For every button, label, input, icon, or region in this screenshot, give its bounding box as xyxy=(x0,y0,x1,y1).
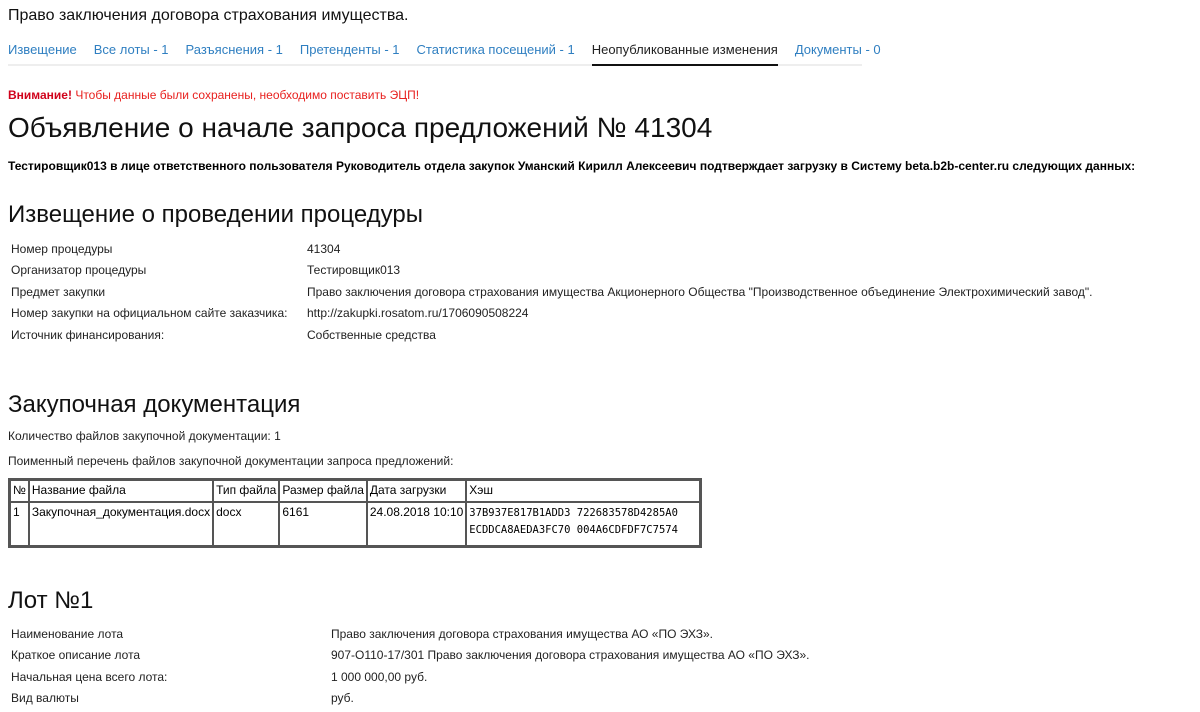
col-file-name: Название файла xyxy=(29,480,213,502)
file-type: docx xyxy=(213,502,279,546)
tab-all-lots[interactable]: Все лоты - 1 xyxy=(94,42,169,64)
detail-value: 41304 xyxy=(304,238,1095,260)
confirmation-text: Тестировщик013 в лице ответственного пол… xyxy=(8,159,1135,173)
lot-row: Наименование лотаПраво заключения догово… xyxy=(8,623,812,645)
lot-section-title: Лот №1 xyxy=(8,587,93,615)
hash-line: 37B937E817B1ADD3 722683578D4285A0 xyxy=(469,505,697,522)
file-number: 1 xyxy=(10,502,29,546)
notice-details: Номер процедуры41304 Организатор процеду… xyxy=(8,238,1095,346)
announcement-heading: Объявление о начале запроса предложений … xyxy=(8,112,712,144)
detail-row: Номер процедуры41304 xyxy=(8,238,1095,260)
file-row: 1 Закупочная_документация.docx docx 6161… xyxy=(10,502,700,546)
tab-notice[interactable]: Извещение xyxy=(8,42,77,64)
detail-label: Источник финансирования: xyxy=(8,324,304,346)
docs-count: Количество файлов закупочной документаци… xyxy=(8,429,281,443)
docs-section-title: Закупочная документация xyxy=(8,391,300,419)
file-size: 6161 xyxy=(279,502,367,546)
warning-label: Внимание! xyxy=(8,88,72,102)
lot-label: Краткое описание лота xyxy=(8,645,328,667)
detail-row: Предмет закупкиПраво заключения договора… xyxy=(8,281,1095,303)
detail-label: Организатор процедуры xyxy=(8,260,304,282)
lot-label: Начальная цена всего лота: xyxy=(8,666,328,688)
hash-line: ECDDCA8AEDA3FC70 004A6CDFDF7C7574 xyxy=(469,522,697,539)
col-file-type: Тип файла xyxy=(213,480,279,502)
lot-label: Вид валюты xyxy=(8,688,328,710)
col-hash: Хэш xyxy=(466,480,700,502)
tab-bar: Извещение Все лоты - 1 Разъяснения - 1 П… xyxy=(8,42,862,66)
detail-label: Номер процедуры xyxy=(8,238,304,260)
lot-details: Наименование лотаПраво заключения догово… xyxy=(8,623,812,709)
lot-value: 907-О110-17/301 Право заключения договор… xyxy=(328,645,812,667)
detail-value: Тестировщик013 xyxy=(304,260,1095,282)
docs-list-caption: Поименный перечень файлов закупочной док… xyxy=(8,454,453,468)
lot-row: Вид валютыруб. xyxy=(8,688,812,710)
lot-value: Право заключения договора страхования им… xyxy=(328,623,812,645)
signature-warning: Внимание! Чтобы данные были сохранены, н… xyxy=(8,88,419,102)
detail-value: Собственные средства xyxy=(304,324,1095,346)
detail-value: http://zakupki.rosatom.ru/1706090508224 xyxy=(304,303,1095,325)
lot-row: Начальная цена всего лота:1 000 000,00 р… xyxy=(8,666,812,688)
page-title: Право заключения договора страхования им… xyxy=(8,7,409,25)
detail-label: Предмет закупки xyxy=(8,281,304,303)
lot-row: Краткое описание лота907-О110-17/301 Пра… xyxy=(8,645,812,667)
col-file-size: Размер файла xyxy=(279,480,367,502)
file-name: Закупочная_документация.docx xyxy=(29,502,213,546)
detail-row: Организатор процедурыТестировщик013 xyxy=(8,260,1095,282)
file-hash: 37B937E817B1ADD3 722683578D4285A0ECDDCA8… xyxy=(466,502,700,546)
files-table: № Название файла Тип файла Размер файла … xyxy=(8,478,702,548)
col-upload-date: Дата загрузки xyxy=(367,480,466,502)
col-number: № xyxy=(10,480,29,502)
detail-row: Номер закупки на официальном сайте заказ… xyxy=(8,303,1095,325)
detail-row: Источник финансирования:Собственные сред… xyxy=(8,324,1095,346)
lot-value: руб. xyxy=(328,688,812,710)
tab-clarifications[interactable]: Разъяснения - 1 xyxy=(186,42,283,64)
files-header-row: № Название файла Тип файла Размер файла … xyxy=(10,480,700,502)
detail-label: Номер закупки на официальном сайте заказ… xyxy=(8,303,304,325)
lot-value: 1 000 000,00 руб. xyxy=(328,666,812,688)
tab-visit-statistics[interactable]: Статистика посещений - 1 xyxy=(417,42,575,64)
warning-text: Чтобы данные были сохранены, необходимо … xyxy=(72,88,419,102)
notice-section-title: Извещение о проведении процедуры xyxy=(8,201,423,229)
file-upload-date: 24.08.2018 10:10 xyxy=(367,502,466,546)
lot-label: Наименование лота xyxy=(8,623,328,645)
tab-unpublished-changes[interactable]: Неопубликованные изменения xyxy=(592,42,778,64)
detail-value: Право заключения договора страхования им… xyxy=(304,281,1095,303)
tab-documents[interactable]: Документы - 0 xyxy=(795,42,881,64)
tab-applicants[interactable]: Претенденты - 1 xyxy=(300,42,400,64)
